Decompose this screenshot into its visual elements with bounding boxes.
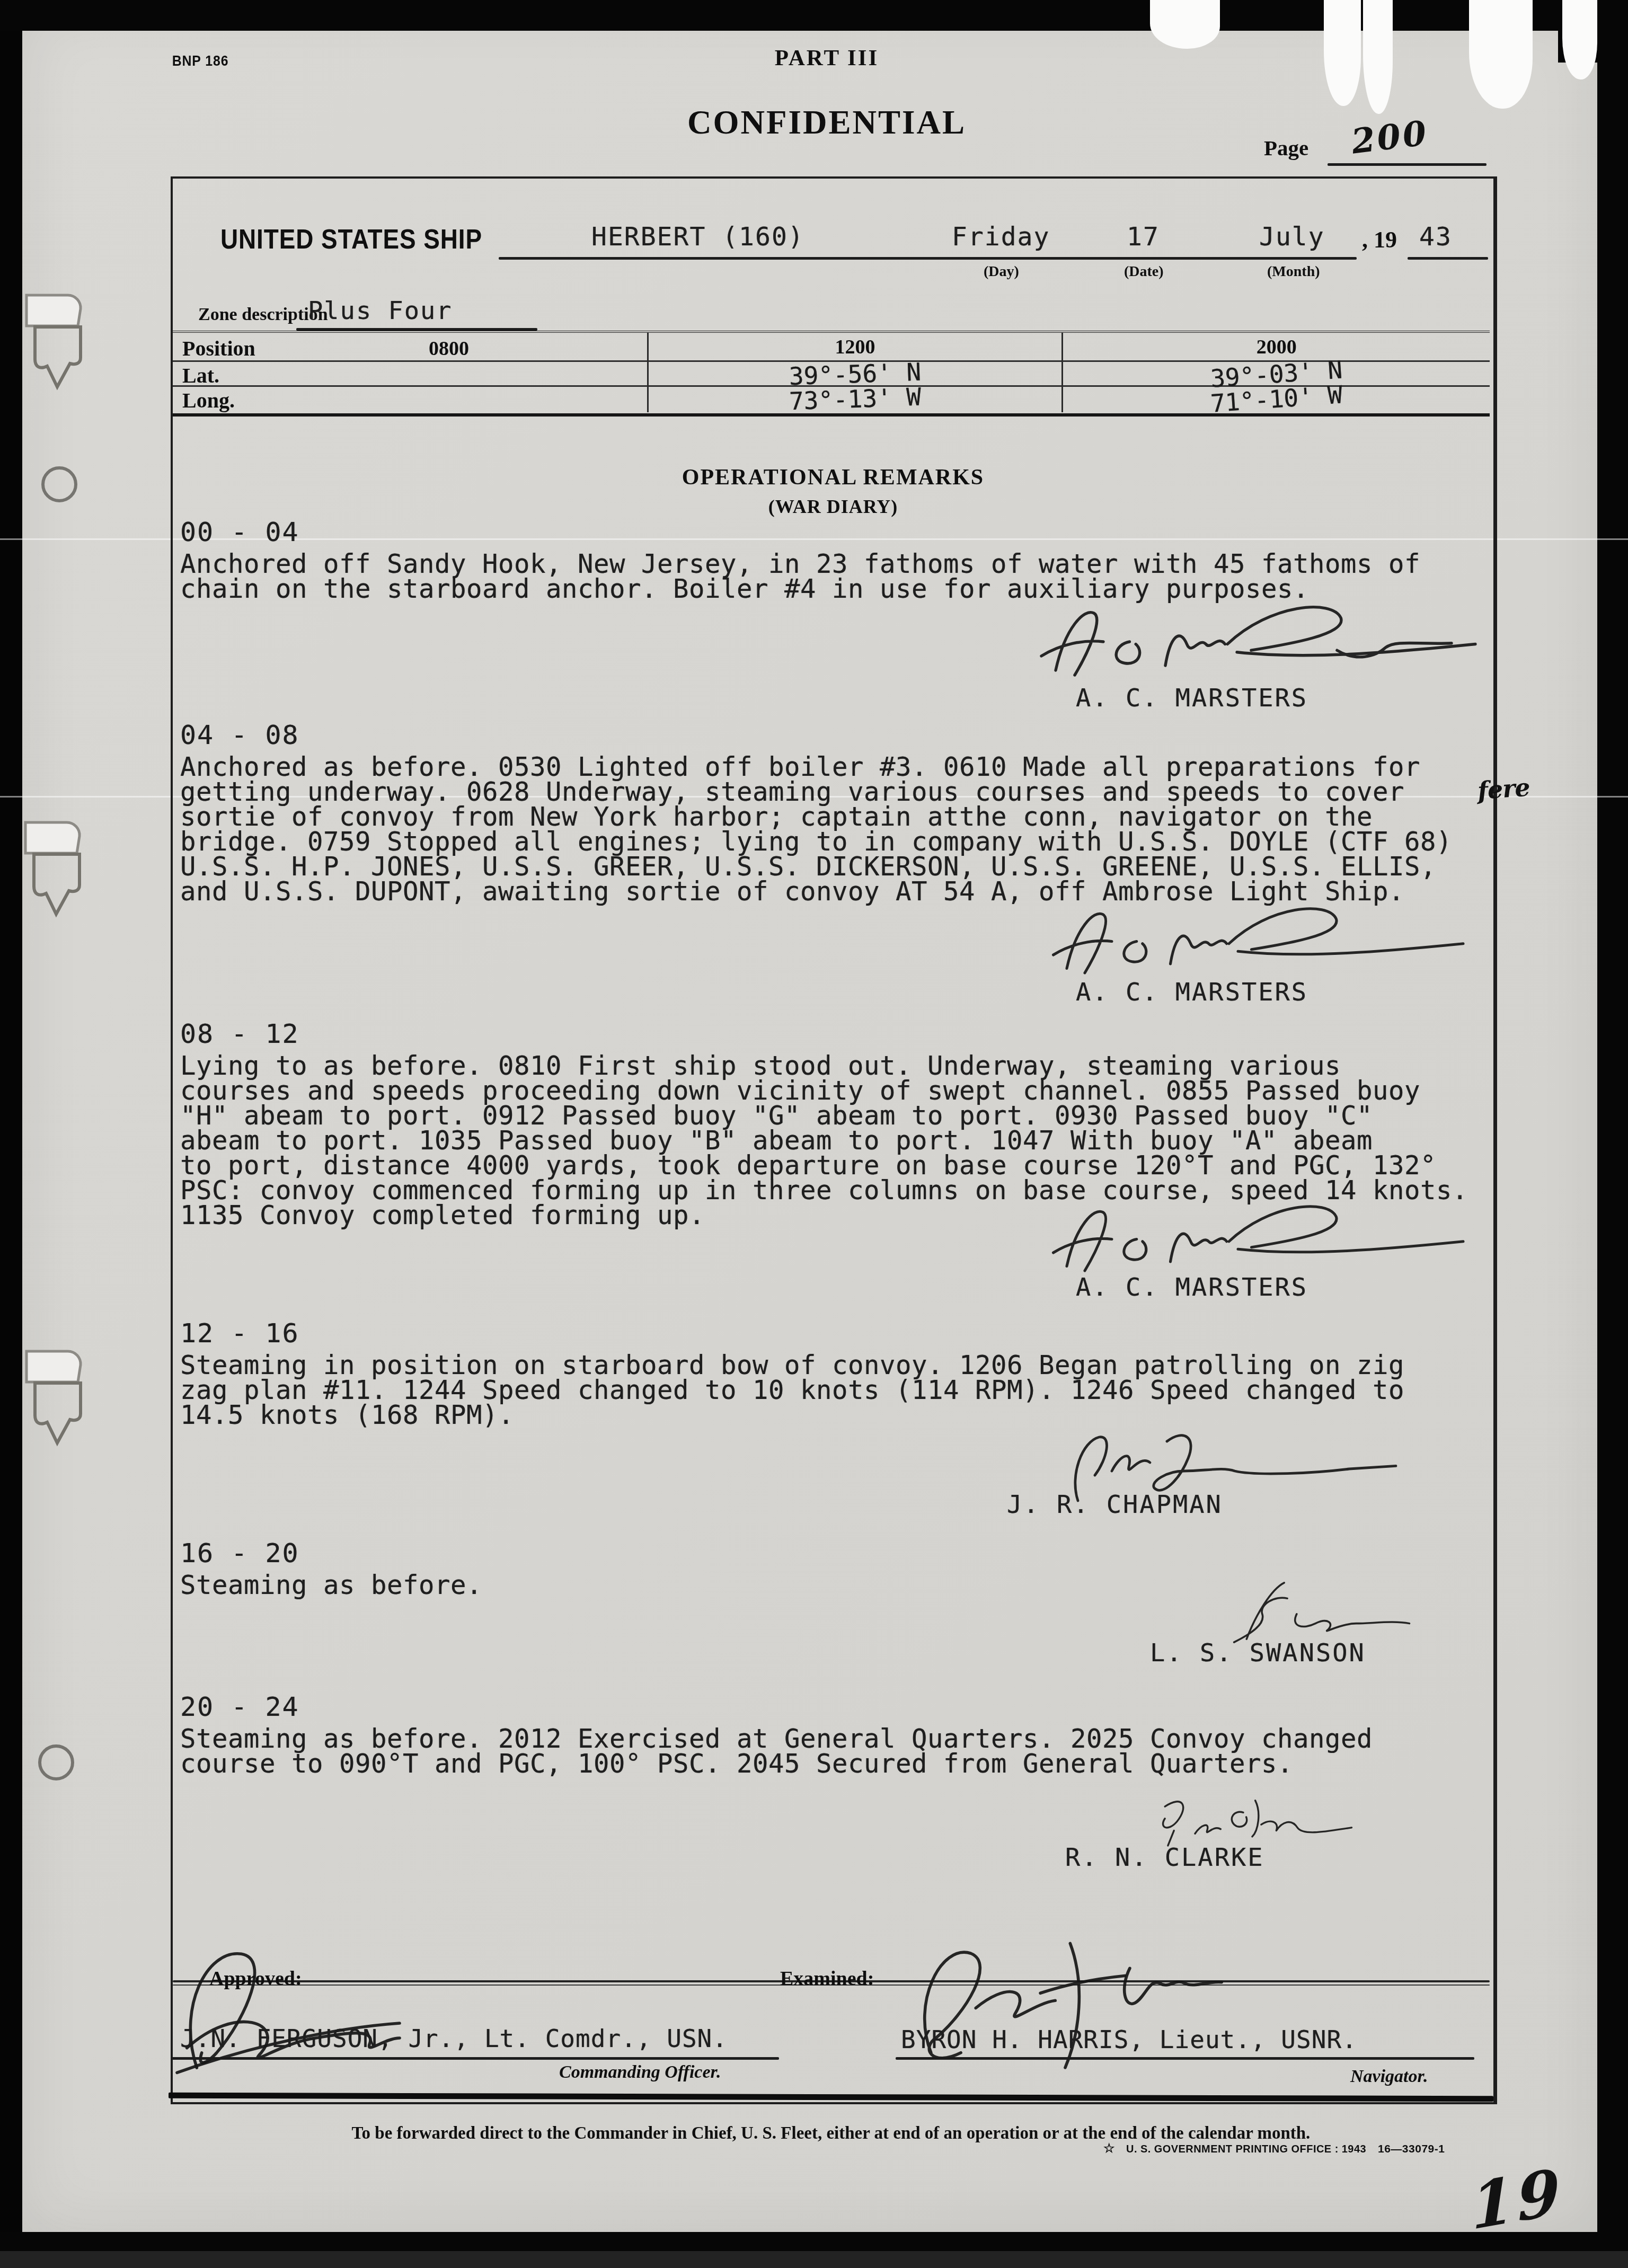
punch-hole-ring <box>41 466 77 502</box>
signature-script-ferguson <box>154 1934 556 2083</box>
col-0800: 0800 <box>429 337 469 360</box>
section-heading: 00 - 04 <box>180 517 1494 547</box>
lat-label: Lat. <box>173 363 219 388</box>
signer-typed-name: A. C. MARSTERS <box>1076 1273 1308 1302</box>
long-1200: 73°-13' W <box>789 385 922 414</box>
torn-punch-tab <box>19 811 99 922</box>
signer-typed-name: R. N. CLARKE <box>1065 1843 1264 1872</box>
table-cell: 71°-10' W <box>1061 387 1490 412</box>
gpo-line: U. S. GOVERNMENT PRINTING OFFICE : 1943 <box>1126 2143 1366 2156</box>
section-heading: 12 - 16 <box>180 1318 1494 1349</box>
section-text: Anchored off Sandy Hook, New Jersey, in … <box>180 552 1494 601</box>
torn-punch-tab <box>20 1340 100 1451</box>
tape-blob <box>1469 0 1533 109</box>
signature-script-marsters <box>996 599 1516 694</box>
day-caption: (Day) <box>984 263 1019 280</box>
tape-blob <box>1562 0 1597 79</box>
long-label: Long. <box>173 388 235 413</box>
table-header-cell: 1200 <box>647 333 1062 362</box>
tape-blob <box>1324 0 1361 106</box>
table-header-cell: 2000 <box>1061 333 1490 362</box>
section-heading: 04 - 08 <box>180 720 1494 750</box>
approved-underline <box>171 2057 779 2060</box>
month-caption: (Month) <box>1267 263 1320 280</box>
col-2000: 2000 <box>1257 336 1297 358</box>
gpo-number: 16—33079-1 <box>1378 2143 1445 2156</box>
punch-hole-ring <box>38 1744 74 1780</box>
forward-note: To be forwarded direct to the Commander … <box>171 2124 1491 2143</box>
table-cell: 73°-13' W <box>647 387 1062 412</box>
long-2000: 71°-10' W <box>1210 382 1343 415</box>
examined-typed-name: BYRON H. HARRIS, Lieut., USNR. <box>901 2025 1357 2054</box>
zone-value: Plus Four <box>308 296 453 325</box>
section-heading: 08 - 12 <box>180 1018 1494 1049</box>
remarks-subtitle: (WAR DIARY) <box>568 495 1098 518</box>
log-section-12-16: 12 - 16 Steaming in position on starboar… <box>180 1318 1494 1428</box>
table-cell: Long. <box>173 387 647 412</box>
date-underline <box>948 257 1357 260</box>
section-text: Steaming in position on starboard bow of… <box>180 1353 1494 1428</box>
log-section-08-12: 08 - 12 Lying to as before. 0810 First s… <box>180 1018 1494 1228</box>
signer-typed-name: J. R. CHAPMAN <box>1007 1490 1223 1519</box>
position-table: Position 0800 1200 2000 Lat. 39°-56' N 3… <box>173 331 1490 417</box>
tape-blob <box>1363 0 1393 114</box>
section-heading: 20 - 24 <box>180 1691 1494 1722</box>
table-header-cell: Position 0800 <box>173 333 647 362</box>
remarks-title: OPERATIONAL REMARKS <box>568 465 1098 490</box>
weekday-value: Friday <box>952 222 1050 252</box>
col-1200: 1200 <box>835 336 875 358</box>
date-value: 17 <box>1127 222 1160 252</box>
part-heading: PART III <box>678 45 975 71</box>
examined-underline <box>896 2057 1474 2060</box>
page-underline <box>1328 163 1487 166</box>
ship-name: HERBERT (160) <box>591 222 804 252</box>
year-underline <box>1408 257 1488 260</box>
approved-title: Commanding Officer. <box>559 2062 721 2083</box>
table-cell: 39°-56' N <box>647 362 1062 387</box>
ship-line-label: UNITED STATES SHIP <box>220 224 482 255</box>
signer-typed-name: A. C. MARSTERS <box>1076 684 1308 713</box>
section-text: Anchored as before. 0530 Lighted off boi… <box>180 755 1494 904</box>
signer-typed-name: L. S. SWANSON <box>1150 1638 1366 1668</box>
examined-title: Navigator. <box>1350 2067 1428 2087</box>
log-section-04-08: 04 - 08 Anchored as before. 0530 Lighted… <box>180 720 1494 904</box>
log-section-20-24: 20 - 24 Steaming as before. 2012 Exercis… <box>180 1691 1494 1776</box>
page-label: Page <box>1264 135 1308 161</box>
year-printed: , 19 <box>1362 226 1397 253</box>
signature-script-swanson <box>1139 1576 1510 1645</box>
position-header: Position <box>173 336 255 361</box>
signer-typed-name: A. C. MARSTERS <box>1076 978 1308 1007</box>
scan-edge-bottom-strip <box>0 2251 1628 2268</box>
year-written: 43 <box>1419 222 1452 252</box>
month-value: July <box>1259 222 1325 252</box>
margin-note-handwritten: fere <box>1476 773 1530 805</box>
tape-blob <box>1150 0 1220 49</box>
scanned-war-diary-page: BNP 186 PART III CONFIDENTIAL Page 200 U… <box>0 0 1628 2268</box>
examined-label: Examined: <box>780 1967 874 1990</box>
table-cell: Lat. <box>173 362 647 387</box>
torn-punch-tab <box>20 283 100 395</box>
gpo-star-icon: ☆ <box>1103 2141 1115 2156</box>
date-caption: (Date) <box>1124 263 1164 280</box>
classification-heading: CONFIDENTIAL <box>625 103 1028 142</box>
approved-typed-name: J.N. FERGUSON, Jr., Lt. Comdr., USN. <box>180 2024 728 2053</box>
form-code: BNP 186 <box>172 53 229 69</box>
section-text: Steaming as before. 2012 Exercised at Ge… <box>180 1726 1494 1776</box>
table-cell: 39°-03' N <box>1061 362 1490 387</box>
scan-edge-right <box>1597 0 1628 2268</box>
section-heading: 16 - 20 <box>180 1538 1494 1569</box>
log-section-00-04: 00 - 04 Anchored off Sandy Hook, New Jer… <box>180 517 1494 601</box>
